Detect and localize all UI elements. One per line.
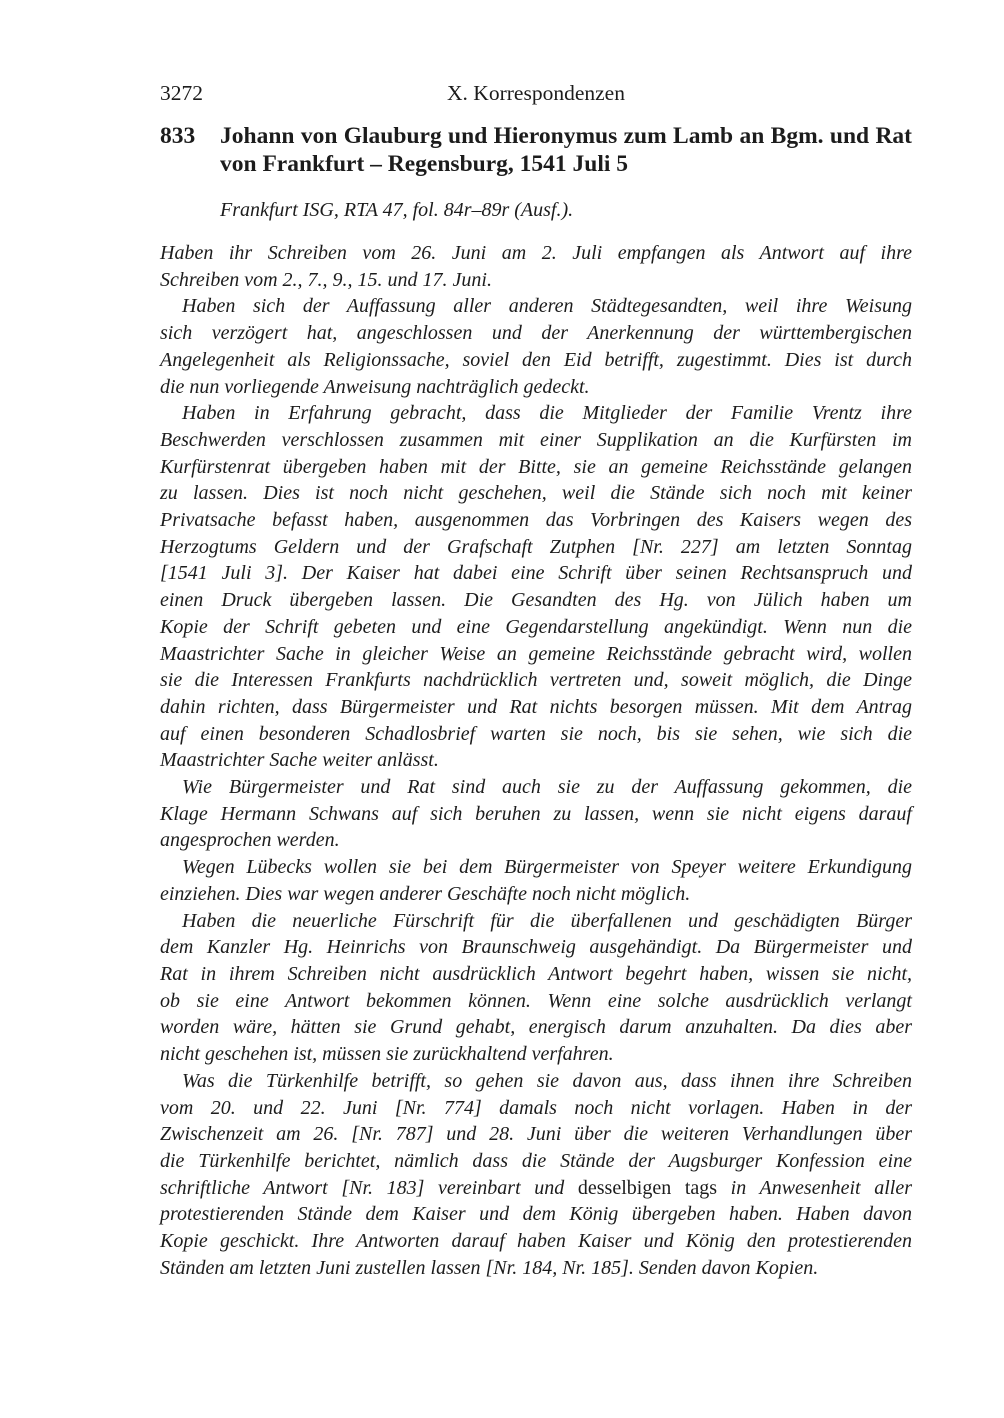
text-line: Maastrichter Sache in gleicher Weise an … <box>160 641 912 668</box>
running-header: 3272 X. Korrespondenzen <box>160 80 912 106</box>
archival-source-citation: Frankfurt ISG, RTA 47, fol. 84r–89r (Aus… <box>220 198 912 222</box>
text-line: Schreiben vom 2., 7., 9., 15. und 17. Ju… <box>160 267 912 294</box>
text-line: Wie Bürgermeister und Rat sind auch sie … <box>160 774 912 801</box>
text-line: protestierenden Stände dem Kaiser und de… <box>160 1201 912 1228</box>
text-line: die Türkenhilfe berichtet, nämlich dass … <box>160 1148 912 1175</box>
text-line: dahin richten, dass Bürgermeister und Ra… <box>160 694 912 721</box>
entry-number: 833 <box>160 122 220 178</box>
text-line: die nun vorliegende Anweisung nachträgli… <box>160 374 912 401</box>
text-line: auf einen besonderen Schadlosbrief warte… <box>160 721 912 748</box>
text-line: sie die Interessen Frankfurts nachdrückl… <box>160 667 912 694</box>
text-line: Kopie der Schrift gebeten und eine Gegen… <box>160 614 912 641</box>
text-line: Zwischenzeit am 26. [Nr. 787] und 28. Ju… <box>160 1121 912 1148</box>
text-line: angesprochen werden. <box>160 827 912 854</box>
text-line: Haben in Erfahrung gebracht, dass die Mi… <box>160 400 912 427</box>
text-line: Angelegenheit als Religionssache, soviel… <box>160 347 912 374</box>
entry-title: Johann von Glauburg und Hieronymus zum L… <box>220 122 912 178</box>
text-line: Klage Hermann Schwans auf sich beruhen z… <box>160 801 912 828</box>
entry-title-line: Johann von Glauburg und Hieronymus zum L… <box>220 122 912 150</box>
text-line: [1541 Juli 3]. Der Kaiser hat dabei eine… <box>160 560 912 587</box>
text-line: Privatsache befasst haben, ausgenommen d… <box>160 507 912 534</box>
text-run: in Anwesenheit aller <box>717 1177 912 1199</box>
text-line: Maastrichter Sache weiter anlässt. <box>160 747 912 774</box>
book-page: 3272 X. Korrespondenzen 833 Johann von G… <box>0 0 1004 1418</box>
running-section-title: X. Korrespondenzen <box>160 80 912 106</box>
text-line: Ständen am letzten Juni zustellen lassen… <box>160 1255 912 1282</box>
text-line: Kurfürstenrat übergeben haben mit der Bi… <box>160 454 912 481</box>
text-line: Beschwerden verschlossen zusammen mit ei… <box>160 427 912 454</box>
text-line: vom 20. und 22. Juni [Nr. 774] damals no… <box>160 1095 912 1122</box>
text-line: Was die Türkenhilfe betrifft, so gehen s… <box>160 1068 912 1095</box>
text-line: Herzogtums Geldern und der Grafschaft Zu… <box>160 534 912 561</box>
text-line: Wegen Lübecks wollen sie bei dem Bürgerm… <box>160 854 912 881</box>
text-line: dem Kanzler Hg. Heinrichs von Braunschwe… <box>160 934 912 961</box>
body-text: Haben ihr Schreiben vom 26. Juni am 2. J… <box>160 240 912 1281</box>
page-number: 3272 <box>160 80 203 106</box>
text-line: schriftliche Antwort [Nr. 183] vereinbar… <box>160 1175 912 1202</box>
text-line: Rat in ihrem Schreiben nicht ausdrücklic… <box>160 961 912 988</box>
entry-title-line: von Frankfurt – Regensburg, 1541 Juli 5 <box>220 150 912 178</box>
text-line: Kopie geschickt. Ihre Antworten darauf h… <box>160 1228 912 1255</box>
text-line: ob sie eine Antwort bekommen können. Wen… <box>160 988 912 1015</box>
text-line: nicht geschehen ist, müssen sie zurückha… <box>160 1041 912 1068</box>
text-run: schriftliche Antwort [Nr. 183] vereinbar… <box>160 1177 578 1199</box>
quoted-source-phrase: desselbigen tags <box>578 1177 717 1199</box>
text-line: Haben ihr Schreiben vom 26. Juni am 2. J… <box>160 240 912 267</box>
text-line: einziehen. Dies war wegen anderer Geschä… <box>160 881 912 908</box>
text-line: Haben die neuerliche Fürschrift für die … <box>160 908 912 935</box>
text-line: einen Druck übergeben lassen. Die Gesand… <box>160 587 912 614</box>
text-line: zu lassen. Dies ist noch nicht geschehen… <box>160 480 912 507</box>
entry-heading: 833 Johann von Glauburg und Hieronymus z… <box>160 122 912 178</box>
text-line: Haben sich der Auffassung aller anderen … <box>160 293 912 320</box>
text-line: worden wäre, hätten sie Grund gehabt, en… <box>160 1014 912 1041</box>
text-line: sich verzögert hat, angeschlossen und de… <box>160 320 912 347</box>
